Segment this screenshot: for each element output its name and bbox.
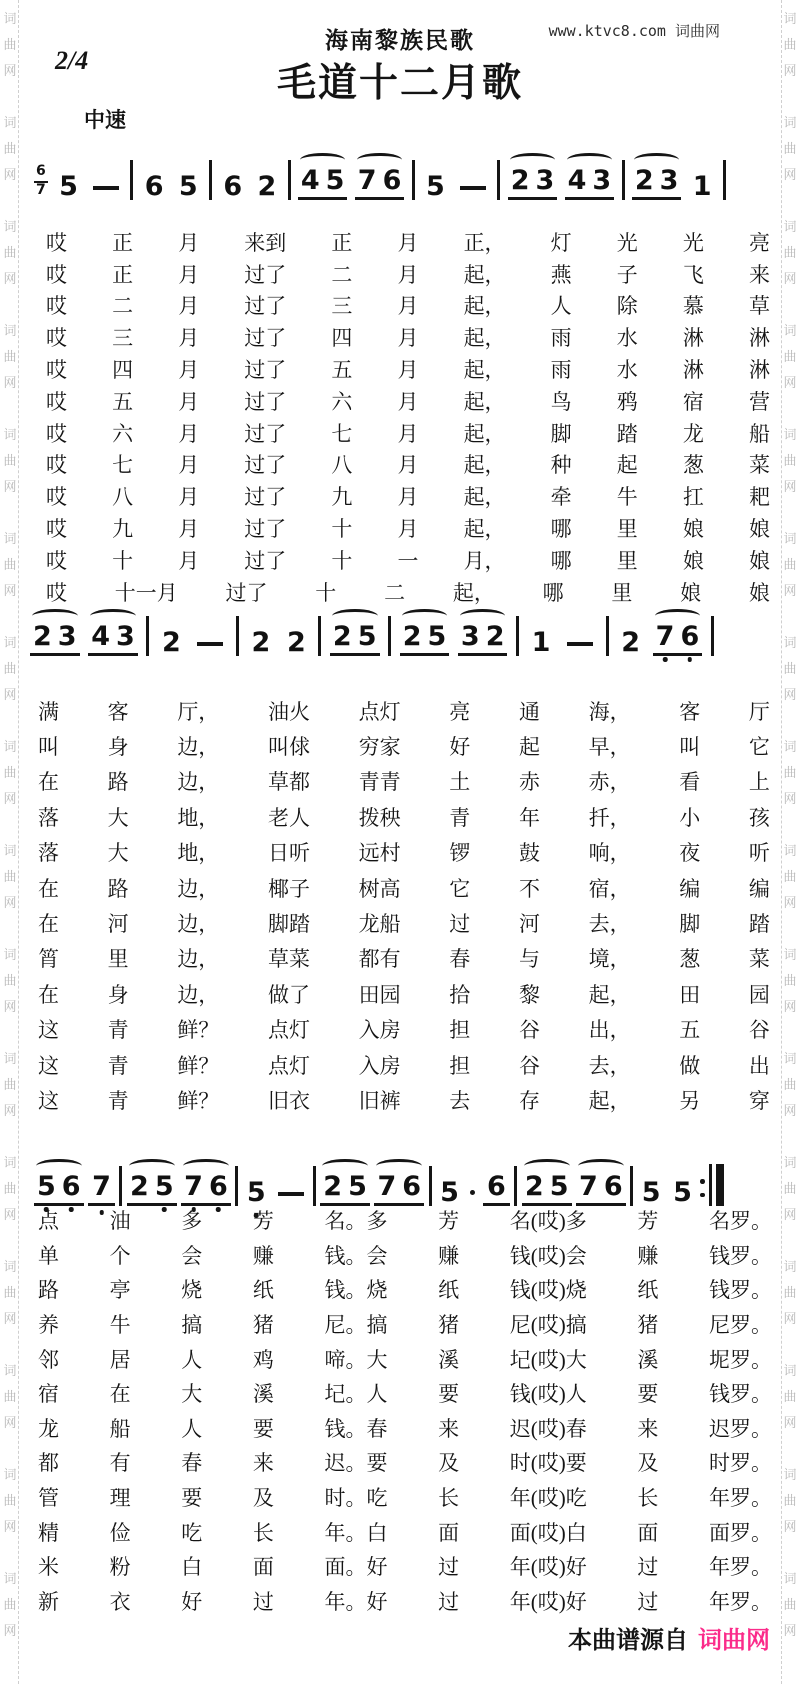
lyric-cell: 年罗。 [709,1482,772,1512]
lyric-cell: 身 [108,731,129,761]
slur-group: 43 [88,623,138,656]
lyric-cell: 钱。春 [325,1413,388,1443]
lyric-cell: 八 [331,449,352,479]
lyric-cell: 烧 [181,1274,202,1304]
watermark-char: 曲 [2,1176,18,1202]
lyric-cell: 都 [38,1447,59,1477]
final-repeat-barline [700,1164,724,1206]
lyric-cell: 坭罗。 [709,1344,772,1374]
lyric-cell: 面 [637,1517,658,1547]
lyric-cell: 满 [38,696,59,726]
watermark-char: 词 [2,838,18,864]
lyric-cell: 鸡 [253,1344,274,1374]
duration-dash [460,186,486,190]
watermark-char: 曲 [782,1280,798,1306]
jianpu-note: 6 [601,1173,626,1200]
music-line-2: 23432222525321276 [30,598,714,656]
jianpu-note: 3 [55,623,80,650]
duration-dash [197,642,223,646]
lyric-cell: 要 [438,1378,459,1408]
lyric-cell: 三 [331,290,352,320]
lyric-cell: 编 [679,873,700,903]
barline [119,1166,122,1206]
jianpu-note: 7 [653,623,678,650]
lyric-cell: 淋 [683,322,704,352]
lyric-cell: 衣 [110,1586,131,1616]
lyric-cell: 边， [177,873,219,903]
watermark-char: 词 [2,110,18,136]
lyric-cell: 理 [110,1482,131,1512]
watermark-char: 网 [2,162,18,188]
lyric-cell: 起 [617,449,638,479]
lyric-cell: 踏 [617,418,638,448]
watermark-char: 曲 [782,968,798,994]
watermark-char: 曲 [782,240,798,266]
jianpu-note: 6 [380,167,405,194]
watermark-char: 词 [782,942,798,968]
jianpu-note: 5 [175,173,202,200]
lyric-cell: 雨 [551,322,572,352]
lyric-cell: 月 [178,513,199,543]
lyric-cell: 月 [397,322,418,352]
lyric-row: 养牛搞猪尼。搞猪尼(哎)搞猪尼罗。 [38,1307,772,1342]
jianpu-note: 2 [632,167,657,194]
lyric-cell: 过了 [244,290,286,320]
lyric-cell: 里 [108,943,129,973]
lyric-cell: 在 [38,979,59,1009]
lyric-cell: 面(哎)白 [510,1517,587,1547]
jianpu-note: 7 [374,1173,399,1200]
lyric-cell: 精 [38,1517,59,1547]
lyric-cell: 客 [679,696,700,726]
watermark-char: 曲 [2,32,18,58]
barline [711,616,714,656]
jianpu-note: 3 [657,167,682,194]
grace-note-upper: 6 [34,164,48,182]
thin-barline [709,1164,712,1206]
watermark-char: 网 [2,994,18,1020]
lyric-cell: 月 [178,418,199,448]
watermark-char: 网 [782,474,798,500]
lyric-cell: 起， [589,979,631,1009]
duration-dash [567,642,593,646]
lyric-cell: 春 [181,1447,202,1477]
lyrics-block-3: 点油多芳名。多芳名(哎)多芳名罗。单个会赚钱。会赚钱(哎)会赚钱罗。路亭烧纸钱。… [38,1203,772,1618]
jianpu-note: 4 [565,167,590,194]
barline [516,616,519,656]
lyric-cell: 赚 [253,1240,274,1270]
lyric-row: 叫身边，叫俅穷家好起早，叫它 [38,728,770,763]
watermark-char: 词 [2,526,18,552]
lyric-cell: 这 [38,1014,59,1044]
lyric-cell: 面 [253,1551,274,1581]
lyric-cell: 尼。搞 [325,1309,388,1339]
right-watermark-column: 词曲网词曲网词曲网词曲网词曲网词曲网词曲网词曲网词曲网词曲网词曲网词曲网词曲网词… [782,6,798,1670]
watermark-char: 网 [782,1202,798,1228]
jianpu-note: 2 [248,629,275,656]
lyric-cell: 起， [464,322,506,352]
lyric-cell: 来 [637,1413,658,1443]
music-line-1: 6756562457652343231 [34,142,726,200]
lyric-cell: 起， [589,1085,631,1115]
lyric-cell: 会 [181,1240,202,1270]
lyric-row: 哎正月来到正月正，灯光光亮 [46,226,770,258]
side-watermark: 词曲网 [782,942,798,1020]
lyric-cell: 五 [112,386,133,416]
lyric-cell: 过了 [244,449,286,479]
slur-group: 25 [320,1173,370,1206]
barline [630,1166,633,1206]
lyrics-block-1: 哎正月来到正月正，灯光光亮哎正月过了二月起，燕子飞来哎二月过了三月起，人除慕草哎… [46,226,770,608]
watermark-char: 曲 [2,1280,18,1306]
lyric-row: 哎九月过了十月起，哪里娘娘 [46,512,770,544]
lyric-cell: 牵 [551,481,572,511]
lyric-cell: 都有 [359,943,401,973]
lyric-cell: 脚 [551,418,572,448]
lyric-cell: 路 [108,873,129,903]
jianpu-note: 6 [399,1173,424,1200]
lyric-cell: 年(哎)好 [510,1551,587,1581]
lyric-cell: 扛 [683,481,704,511]
watermark-char: 曲 [782,1384,798,1410]
watermark-char: 网 [2,682,18,708]
jianpu-note: 3 [589,167,614,194]
watermark-char: 词 [782,1046,798,1072]
lyric-cell: 好 [449,731,470,761]
lyric-row: 这青鲜？点灯入房担谷出，五谷 [38,1012,770,1047]
lyric-cell: 及 [637,1447,658,1477]
lyric-cell: 起， [464,259,506,289]
lyric-cell: 青 [108,1014,129,1044]
watermark-char: 网 [2,890,18,916]
jianpu-note: 5 [638,1179,665,1206]
lyric-cell: 宿 [683,386,704,416]
watermark-char: 网 [782,1618,798,1644]
watermark-char: 词 [782,110,798,136]
barline [514,1166,517,1206]
lyric-cell: 及 [253,1482,274,1512]
barline [622,160,625,200]
lyric-row: 在路边，草都青青土赤赤，看上 [38,764,770,799]
lyric-cell: 芳 [637,1205,658,1235]
lyric-cell: 面罗。 [709,1517,772,1547]
lyric-row: 管理要及时。吃长年(哎)吃长年罗。 [38,1480,772,1515]
watermark-char: 词 [782,1254,798,1280]
jianpu-note: 3 [533,167,558,194]
lyric-cell: 月， [464,545,506,575]
lyric-cell: 路 [108,766,129,796]
lyric-cell: 旧衣 [268,1085,310,1115]
lyric-cell: 钱(哎)会 [510,1240,587,1270]
watermark-char: 词 [782,1358,798,1384]
watermark-char: 网 [782,578,798,604]
lyric-row: 龙船人要钱。春来迟(哎)春来迟罗。 [38,1411,772,1446]
lyric-cell: 十 [331,545,352,575]
lyric-cell: 迟。要 [325,1447,388,1477]
lyric-row: 哎八月过了九月起，牵牛扛耙 [46,480,770,512]
lyric-cell: 名(哎)多 [510,1205,587,1235]
lyric-cell: 地， [177,802,219,832]
repeat-dots [700,1179,705,1197]
lyric-cell: 青 [108,1085,129,1115]
lyric-cell: 娘 [683,513,704,543]
watermark-char: 曲 [782,656,798,682]
lyric-cell: 月 [178,545,199,575]
lyric-cell: 筲 [38,943,59,973]
lyric-cell: 慕 [683,290,704,320]
lyric-cell: 邻 [38,1344,59,1374]
jianpu-note: 5 [669,1179,696,1206]
lyric-cell: 亭 [110,1274,131,1304]
lyric-cell: 另 [679,1085,700,1115]
lyric-row: 这青鲜？旧衣旧裤去存起，另穿 [38,1082,770,1117]
watermark-char: 词 [782,1150,798,1176]
watermark-char: 词 [782,422,798,448]
jianpu-note: 5 [436,1179,463,1206]
watermark-char: 曲 [782,32,798,58]
jianpu-note: 4 [88,623,113,650]
lyric-cell: 扦， [589,802,631,832]
watermark-char: 词 [2,1566,18,1592]
lyric-cell: 月 [178,386,199,416]
lyric-cell: 油火 [268,696,310,726]
lyric-cell: 大 [108,802,129,832]
watermark-char: 曲 [2,864,18,890]
grace-notes: 67 [34,164,48,198]
watermark-char: 曲 [2,136,18,162]
lyric-cell: 过了 [244,354,286,384]
slur-group: 23 [508,167,558,200]
watermark-char: 曲 [2,448,18,474]
lyric-cell: 时。吃 [325,1482,388,1512]
lyric-cell: 四 [331,322,352,352]
lyric-cell: 拾 [449,979,470,1009]
jianpu-note: 2 [508,167,533,194]
lyric-cell: 月 [397,481,418,511]
slur-group: 25 [330,623,380,656]
jianpu-note: 2 [522,1173,547,1200]
lyric-cell: 小 [679,802,700,832]
lyric-cell: 过了 [244,322,286,352]
lyric-cell: 赤， [589,766,631,796]
jianpu-note: 2 [483,623,508,650]
slur-group: 45 [298,167,348,200]
lyric-cell: 去 [449,1085,470,1115]
footer-brand-link[interactable]: 词曲网 [698,1628,770,1654]
lyric-cell: 边， [177,766,219,796]
watermark-char: 词 [782,838,798,864]
lyric-cell: 迟(哎)春 [510,1413,587,1443]
lyric-cell: 钱(哎)人 [510,1378,587,1408]
lyric-cell: 过了 [244,545,286,575]
watermark-char: 网 [782,994,798,1020]
lyric-cell: 哎 [46,322,67,352]
watermark-char: 网 [2,786,18,812]
lyric-cell: 落 [38,802,59,832]
side-watermark: 词曲网 [782,6,798,84]
lyric-row: 米粉白面面。好过年(哎)好过年罗。 [38,1549,772,1584]
side-watermark: 词曲网 [2,1462,18,1540]
sheet-music-page: 词曲网词曲网词曲网词曲网词曲网词曲网词曲网词曲网词曲网词曲网词曲网词曲网词曲网词… [0,0,800,1684]
lyric-cell: 落 [38,837,59,867]
jianpu-note: 2 [617,629,644,656]
lyric-cell: 过了 [244,386,286,416]
lyric-cell: 担 [449,1014,470,1044]
lyric-cell: 过了 [244,418,286,448]
side-watermark: 词曲网 [2,526,18,604]
lyric-cell: 境， [589,943,631,973]
lyric-cell: 在 [110,1378,131,1408]
lyric-cell: 猪 [637,1309,658,1339]
lyric-cell: 这 [38,1050,59,1080]
lyric-cell: 做了 [268,979,310,1009]
lyric-cell: 过 [449,908,470,938]
lyric-cell: 光 [683,227,704,257]
slur-group: 76 [355,167,405,200]
watermark-char: 网 [2,1514,18,1540]
lyric-cell: 日听 [268,837,310,867]
lyric-cell: 正 [112,259,133,289]
lyric-cell: 哎 [46,513,67,543]
lyric-cell: 月 [178,354,199,384]
slur-group: 43 [565,167,615,200]
jianpu-note: 5 [152,1173,177,1200]
lyric-cell: 居 [110,1344,131,1374]
lyric-cell: 老人 [268,802,310,832]
jianpu-note: 7 [181,1173,206,1200]
lyric-cell: 响， [589,837,631,867]
watermark-char: 词 [782,318,798,344]
lyric-cell: 身 [108,979,129,1009]
lyric-cell: 鼓 [519,837,540,867]
lyric-cell: 哎 [46,290,67,320]
time-signature: 2/4 [55,46,88,76]
lyric-cell: 草菜 [268,943,310,973]
watermark-char: 网 [782,162,798,188]
side-watermark: 词曲网 [2,1358,18,1436]
lyric-cell: 龙船 [359,908,401,938]
lyric-cell: 龙 [683,418,704,448]
lyric-cell: 雨 [551,354,572,384]
lyric-cell: 草都 [268,766,310,796]
side-watermark: 词曲网 [2,318,18,396]
lyric-cell: 锣 [449,837,470,867]
jianpu-note: 4 [298,167,323,194]
lyric-cell: 年罗。 [709,1586,772,1616]
side-watermark: 词曲网 [782,1358,798,1436]
lyric-row: 落大地，老人拨秧青年扦，小孩 [38,799,770,834]
lyric-cell: 过了 [244,481,286,511]
side-watermark: 词曲网 [2,1046,18,1124]
lyric-cell: 青青 [359,766,401,796]
watermark-char: 曲 [2,240,18,266]
lyric-cell: 船 [110,1413,131,1443]
slur-group: 23 [632,167,682,200]
lyric-cell: 哎 [46,354,67,384]
lyric-cell: 好 [181,1586,202,1616]
barline [313,1166,316,1206]
watermark-char: 曲 [782,448,798,474]
lyric-cell: 吃 [181,1517,202,1547]
lyric-cell: 除 [617,290,638,320]
side-watermark: 词曲网 [2,214,18,292]
lyric-cell: 要 [637,1378,658,1408]
lyric-cell: 叫 [38,731,59,761]
lyric-cell: 年 [519,802,540,832]
lyric-cell: 灯 [551,227,572,257]
lyric-cell: 年罗。 [709,1551,772,1581]
side-watermark: 词曲网 [782,630,798,708]
lyric-cell: 青 [449,802,470,832]
lyric-cell: 起， [464,386,506,416]
lyric-cell: 谷 [519,1014,540,1044]
lyric-cell: 入房 [359,1050,401,1080]
lyric-cell: 人 [181,1344,202,1374]
lyric-cell: 过 [637,1586,658,1616]
lyric-cell: 在 [38,766,59,796]
side-watermark: 词曲网 [2,6,18,84]
left-watermark-column: 词曲网词曲网词曲网词曲网词曲网词曲网词曲网词曲网词曲网词曲网词曲网词曲网词曲网词… [2,6,18,1670]
watermark-char: 网 [2,266,18,292]
lyric-cell: 月 [397,386,418,416]
lyric-row: 点油多芳名。多芳名(哎)多芳名罗。 [38,1203,772,1238]
lyric-cell: 月 [178,449,199,479]
jianpu-note: 2 [253,173,280,200]
side-watermark: 词曲网 [782,1150,798,1228]
lyric-cell: 长 [253,1517,274,1547]
jianpu-note: 2 [283,629,310,656]
lyric-row: 精俭吃长年。白面面(哎)白面面罗。 [38,1514,772,1549]
lyric-cell: 起， [464,354,506,384]
barline [130,160,133,200]
watermark-char: 词 [782,630,798,656]
watermark-char: 网 [2,1098,18,1124]
lyric-cell: 溪 [438,1344,459,1374]
watermark-char: 网 [782,58,798,84]
watermark-char: 曲 [2,760,18,786]
slur-group: 76 [653,623,703,656]
lyric-cell: 拨秧 [359,802,401,832]
side-watermark: 词曲网 [2,110,18,188]
lyric-cell: 哎 [46,418,67,448]
side-watermark: 词曲网 [782,734,798,812]
lyric-cell: 来 [253,1447,274,1477]
lyric-cell: 溪 [253,1378,274,1408]
lyric-row: 满客厅，油火点灯亮通海，客厅 [38,693,770,728]
lyric-cell: 边， [177,731,219,761]
slur-group: 76 [181,1173,231,1206]
music-line-3: 56725765257656257655 [34,1146,724,1206]
jianpu-note: 7 [355,167,380,194]
lyric-cell: 在 [38,873,59,903]
watermark-char: 曲 [782,760,798,786]
watermark-char: 网 [782,1098,798,1124]
lyric-cell: 溪 [637,1344,658,1374]
lyric-row: 这青鲜？点灯入房担谷去，做出 [38,1047,770,1082]
barline [288,160,291,200]
side-watermark: 词曲网 [2,734,18,812]
side-watermark: 词曲网 [2,838,18,916]
lyric-cell: 长 [637,1482,658,1512]
watermark-char: 网 [782,370,798,396]
watermark-char: 曲 [2,344,18,370]
watermark-char: 网 [2,58,18,84]
lyric-cell: 脚 [679,908,700,938]
lyric-cell: 来 [438,1413,459,1443]
lyric-cell: 尼罗。 [709,1309,772,1339]
lyric-cell: 芳 [253,1205,274,1235]
watermark-char: 曲 [2,552,18,578]
